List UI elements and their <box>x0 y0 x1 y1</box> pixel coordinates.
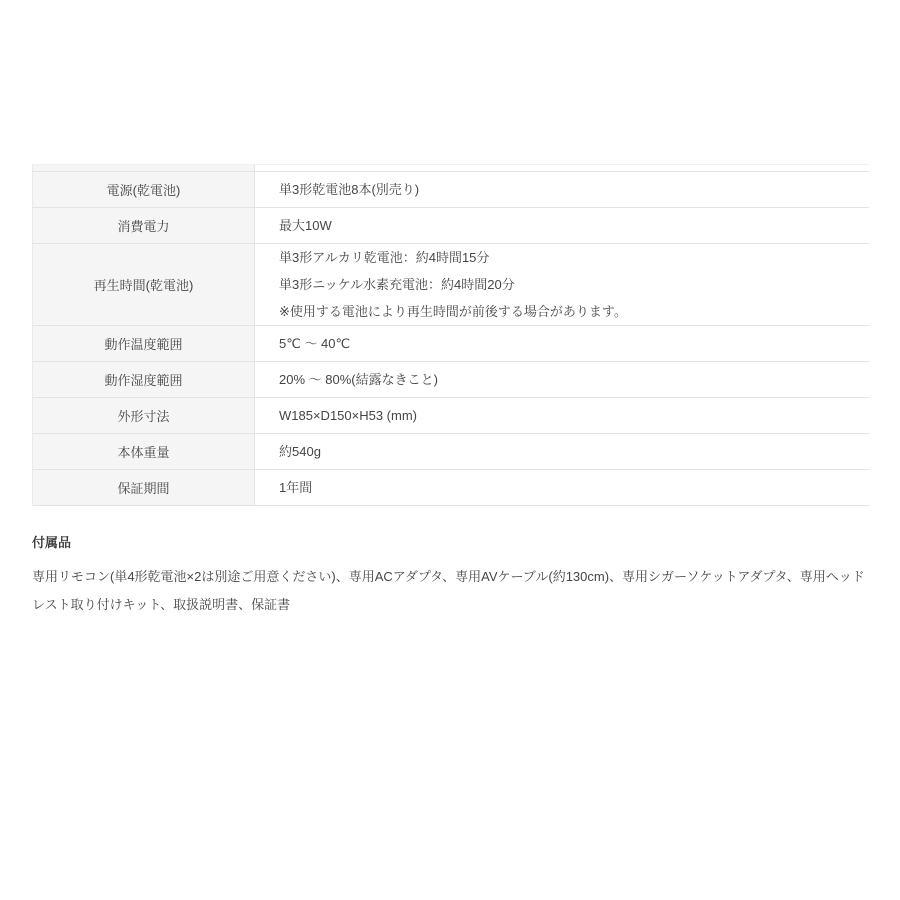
spec-value-line: 約540g <box>279 434 869 470</box>
spec-label: 再生時間(乾電池) <box>33 244 255 326</box>
spec-row-operating-humidity: 動作湿度範囲 20% ～ 80%(結露なきこと) <box>33 362 869 398</box>
spec-value: 最大10W <box>255 208 869 244</box>
spec-label: 本体重量 <box>33 434 255 470</box>
spec-value-line: 単3形アルカリ乾電池：約4時間15分 <box>279 244 869 271</box>
spec-label: 動作温度範囲 <box>33 326 255 362</box>
spec-value: 約540g <box>255 434 869 470</box>
spec-label-partial <box>33 165 255 172</box>
spec-table: 電源(乾電池) 単3形乾電池8本(別売り) 消費電力 最大10W 再生時間(乾電… <box>32 164 869 506</box>
spec-value: 1年間 <box>255 470 869 506</box>
spec-row-dimensions: 外形寸法 W185×D150×H53 (mm) <box>33 398 869 434</box>
accessories-heading: 付属品 <box>32 532 868 551</box>
spec-section: 電源(乾電池) 単3形乾電池8本(別売り) 消費電力 最大10W 再生時間(乾電… <box>32 164 868 619</box>
spec-value-line: 最大10W <box>279 208 869 244</box>
spec-value: 5℃ ～ 40℃ <box>255 326 869 362</box>
spec-value-line: 20% ～ 80%(結露なきこと) <box>279 362 869 398</box>
spec-row-operating-temperature: 動作温度範囲 5℃ ～ 40℃ <box>33 326 869 362</box>
spec-label: 外形寸法 <box>33 398 255 434</box>
spec-row-warranty: 保証期間 1年間 <box>33 470 869 506</box>
spec-value: 単3形乾電池8本(別売り) <box>255 172 869 208</box>
spec-row-weight: 本体重量 約540g <box>33 434 869 470</box>
spec-row-playback-time: 再生時間(乾電池) 単3形アルカリ乾電池：約4時間15分 単3形ニッケル水素充電… <box>33 244 869 326</box>
spec-value-line: ※使用する電池により再生時間が前後する場合があります。 <box>279 298 869 325</box>
spec-value: 20% ～ 80%(結露なきこと) <box>255 362 869 398</box>
spec-label: 消費電力 <box>33 208 255 244</box>
spec-value-line: 1年間 <box>279 470 869 506</box>
spec-label: 電源(乾電池) <box>33 172 255 208</box>
spec-row-power-consumption: 消費電力 最大10W <box>33 208 869 244</box>
spec-label: 動作湿度範囲 <box>33 362 255 398</box>
spec-value: W185×D150×H53 (mm) <box>255 398 869 434</box>
page: 電源(乾電池) 単3形乾電池8本(別売り) 消費電力 最大10W 再生時間(乾電… <box>0 0 900 900</box>
spec-value-line: W185×D150×H53 (mm) <box>279 398 869 434</box>
spec-value-line: 単3形ニッケル水素充電池：約4時間20分 <box>279 271 869 298</box>
accessories-text: 専用リモコン(単4形乾電池×2は別途ご用意ください)、専用ACアダプタ、専用AV… <box>32 563 868 619</box>
spec-row-power: 電源(乾電池) 単3形乾電池8本(別売り) <box>33 172 869 208</box>
spec-value: 単3形アルカリ乾電池：約4時間15分 単3形ニッケル水素充電池：約4時間20分 … <box>255 244 869 326</box>
spec-value-line: 5℃ ～ 40℃ <box>279 326 869 362</box>
spec-value-line: 単3形乾電池8本(別売り) <box>279 172 869 208</box>
spec-label: 保証期間 <box>33 470 255 506</box>
